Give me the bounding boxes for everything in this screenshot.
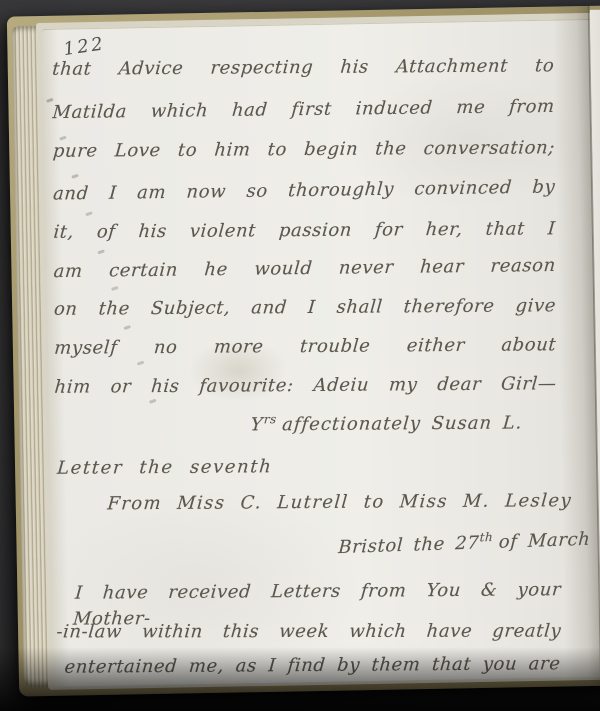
dateline-superscript: th (479, 530, 493, 544)
signature-prefix: Y (250, 414, 265, 435)
book-shadow (0, 647, 600, 711)
letter-heading: Letter the seventh (56, 454, 273, 482)
signature-superscript: rs (263, 412, 277, 426)
manuscript-line: on the Subject, and I shall therefore gi… (53, 293, 557, 323)
manuscript-line: myself no more trouble either about (53, 332, 557, 362)
dateline-prefix: Bristol the 27 (338, 532, 480, 558)
manuscript-line: Matilda which had first induced me from (52, 94, 556, 126)
manuscript-line: -in-law within this week which have grea… (55, 619, 562, 646)
manuscript-line: it, of his violent passion for her, that… (52, 216, 556, 246)
notebook: 122 that Advice respecting his Attachmen… (7, 6, 600, 697)
manuscript-page: 122 that Advice respecting his Attachmen… (42, 19, 600, 687)
manuscript-line: him or his favourite: Adeiu my dear Girl… (54, 371, 558, 401)
handwritten-text-block: that Advice respecting his Attachment to… (52, 25, 582, 689)
dateline: Bristol the 27thof March (338, 521, 592, 561)
manuscript-line: pure Love to him to begin the conversati… (52, 135, 556, 165)
photo-background: 122 that Advice respecting his Attachmen… (0, 0, 600, 711)
manuscript-line: that Advice respecting his Attachment to (51, 53, 555, 83)
signature-text: affectionately Susan L. (281, 413, 523, 436)
manuscript-line: and I am now so thoroughly convinced by (52, 175, 556, 208)
signature-line: Yrsaffectionately Susan L. (250, 404, 525, 438)
letter-addressee-line: From Miss C. Lutrell to Miss M. Lesley (106, 488, 573, 517)
manuscript-line: am certain he would never hear reason (53, 253, 557, 285)
